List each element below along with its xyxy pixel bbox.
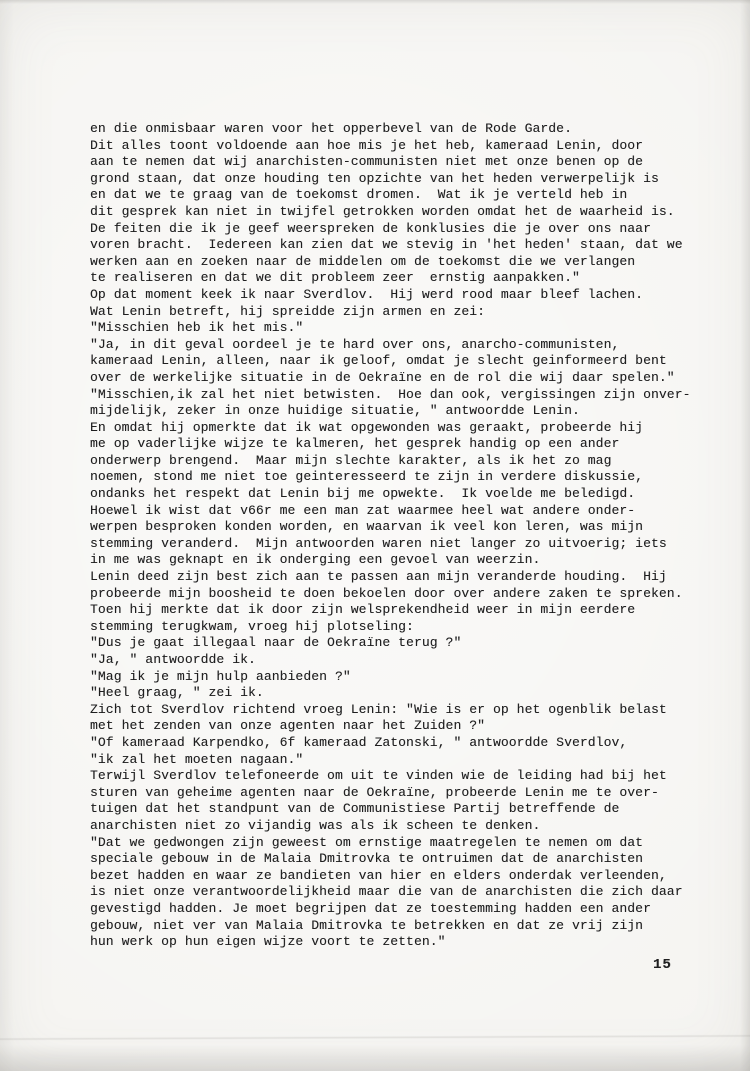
text-line: ondanks het respekt dat Lenin bij me opw…	[90, 486, 715, 503]
text-line: met het zenden van onze agenten naar het…	[90, 718, 715, 735]
text-line: me op vaderlijke wijze te kalmeren, het …	[90, 436, 715, 453]
text-line: stemming veranderd. Mijn antwoorden ware…	[90, 536, 715, 553]
text-line: over de werkelijke situatie in de Oekraï…	[90, 370, 715, 387]
text-line: "Of kameraad Karpendko, 6f kameraad Zato…	[90, 735, 715, 752]
text-line: Terwijl Sverdlov telefoneerde om uit te …	[90, 768, 715, 785]
text-line: "Heel graag, " zei ik.	[90, 685, 715, 702]
text-line: Wat Lenin betreft, hij spreidde zijn arm…	[90, 304, 715, 321]
text-line: "ik zal het moeten nagaan."	[90, 752, 715, 769]
text-line: en dat we te graag van de toekomst drome…	[90, 187, 715, 204]
page-number: 15	[653, 957, 672, 973]
text-line: "Dat we gedwongen zijn geweest om ernsti…	[90, 835, 715, 852]
text-line: kameraad Lenin, alleen, naar ik geloof, …	[90, 353, 715, 370]
scan-crease	[0, 1034, 750, 1040]
text-line: "Dus je gaat illegaal naar de Oekraïne t…	[90, 635, 715, 652]
text-line: dit gesprek kan niet in twijfel getrokke…	[90, 204, 715, 221]
text-line: De feiten die ik je geef weerspreken de …	[90, 221, 715, 238]
text-line: onderwerp brengend. Maar mijn slechte ka…	[90, 453, 715, 470]
text-line: Dit alles toont voldoende aan hoe mis je…	[90, 138, 715, 155]
text-line: En omdat hij opmerkte dat ik wat opgewon…	[90, 420, 715, 437]
text-line: werpen besproken konden worden, en waarv…	[90, 519, 715, 536]
text-line: werken aan en zoeken naar de middelen om…	[90, 254, 715, 271]
text-line: tuigen dat het standpunt van de Communis…	[90, 801, 715, 818]
text-line: in me was geknapt en ik onderging een ge…	[90, 552, 715, 569]
scanned-page: en die onmisbaar waren voor het opperbev…	[0, 0, 750, 1071]
text-line: "Misschien heb ik het mis."	[90, 320, 715, 337]
body-text: en die onmisbaar waren voor het opperbev…	[90, 121, 715, 951]
text-line: Hoewel ik wist dat v66r me een man zat w…	[90, 503, 715, 520]
text-line: noemen, stond me niet toe geinteresseerd…	[90, 469, 715, 486]
text-line: te realiseren en dat we dit probleem zee…	[90, 270, 715, 287]
text-line: voren bracht. Iedereen kan zien dat we s…	[90, 237, 715, 254]
text-line: "Misschien,ik zal het niet betwisten. Ho…	[90, 387, 715, 404]
text-line: gebouw, niet ver van Malaia Dmitrovka te…	[90, 918, 715, 935]
text-line: speciale gebouw in de Malaia Dmitrovka t…	[90, 851, 715, 868]
text-line: "Ja, " antwoordde ik.	[90, 652, 715, 669]
text-line: bezet hadden en waar ze bandieten van hi…	[90, 868, 715, 885]
text-line: gevestigd hadden. Je moet begrijpen dat …	[90, 901, 715, 918]
text-line: probeerde mijn boosheid te doen bekoelen…	[90, 586, 715, 603]
text-line: Zich tot Sverdlov richtend vroeg Lenin: …	[90, 702, 715, 719]
text-line: "Mag ik je mijn hulp aanbieden ?"	[90, 669, 715, 686]
text-line: mijdelijk, zeker in onze huidige situati…	[90, 403, 715, 420]
text-line: stemming terugkwam, vroeg hij plotseling…	[90, 619, 715, 636]
text-line: en die onmisbaar waren voor het opperbev…	[90, 121, 715, 138]
text-line: "Ja, in dit geval oordeel je te hard ove…	[90, 337, 715, 354]
text-line: grond staan, dat onze houding ten opzich…	[90, 171, 715, 188]
text-line: hun werk op hun eigen wijze voort te zet…	[90, 934, 715, 951]
text-line: is niet onze verantwoordelijkheid maar d…	[90, 884, 715, 901]
text-line: Lenin deed zijn best zich aan te passen …	[90, 569, 715, 586]
text-line: sturen van geheime agenten naar de Oekra…	[90, 785, 715, 802]
text-line: Op dat moment keek ik naar Sverdlov. Hij…	[90, 287, 715, 304]
text-line: anarchisten niet zo vijandig was als ik …	[90, 818, 715, 835]
text-line: Toen hij merkte dat ik door zijn welspre…	[90, 602, 715, 619]
text-line: aan te nemen dat wij anarchisten-communi…	[90, 154, 715, 171]
